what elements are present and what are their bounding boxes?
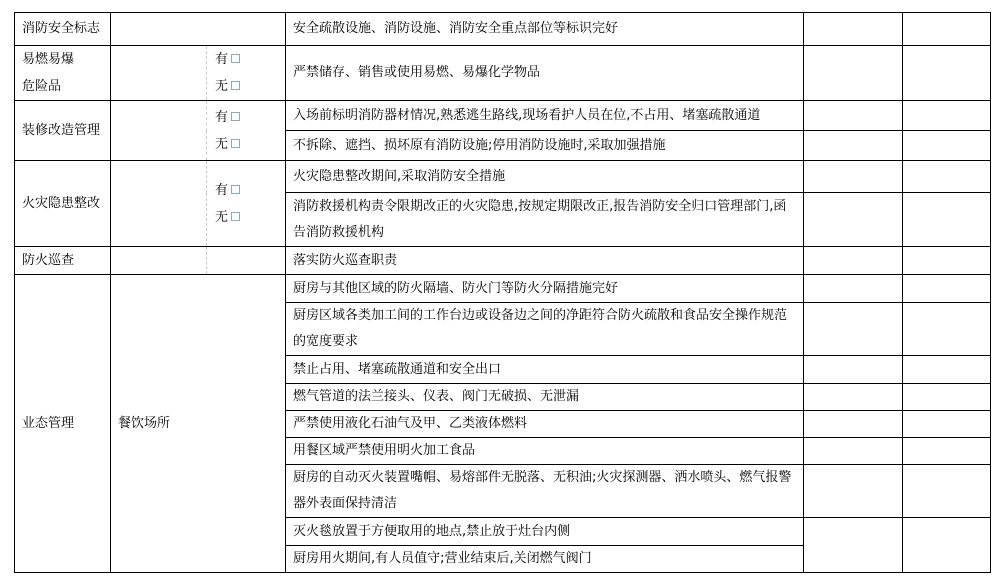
- none-label: 无: [215, 79, 228, 94]
- remark-cell: [903, 161, 991, 193]
- checkbox-cell: 有 无: [207, 46, 286, 101]
- checkbox-cell: [207, 247, 286, 275]
- description-cell: 消防救援机构责令限期改正的火灾隐患,按规定期限改正,报告消防安全归口管理部门,函…: [286, 193, 804, 247]
- remark-cell: [903, 518, 991, 573]
- category-cell: 易燃易爆 危险品: [15, 46, 111, 101]
- result-cell: [804, 247, 903, 275]
- remark-cell: [903, 13, 991, 46]
- have-checkbox[interactable]: [231, 112, 240, 121]
- category-cell: 业态管理: [15, 275, 111, 573]
- description-cell: 严禁使用液化石油气及甲、乙类液体燃料: [286, 411, 804, 438]
- result-cell: [804, 411, 903, 438]
- category-cell: 装修改造管理: [15, 101, 111, 161]
- result-cell: [804, 101, 903, 131]
- category-cell: 火灾隐患整改: [15, 161, 111, 247]
- result-cell: [804, 193, 903, 247]
- remark-cell: [903, 193, 991, 247]
- result-cell: [804, 13, 903, 46]
- result-cell: [804, 275, 903, 303]
- subcategory-cell: [111, 247, 207, 275]
- remark-cell: [903, 384, 991, 411]
- remark-cell: [903, 101, 991, 131]
- remark-cell: [903, 247, 991, 275]
- remark-cell: [903, 438, 991, 465]
- description-cell: 入场前标明消防器材情况,熟悉逃生路线,现场看护人员在位,不占用、堵塞疏散通道: [286, 101, 804, 131]
- subcategory-cell: [111, 161, 207, 247]
- remark-cell: [903, 356, 991, 384]
- none-label: 无: [215, 137, 228, 152]
- none-option: 无: [215, 73, 279, 100]
- result-cell: [804, 518, 903, 573]
- have-label: 有: [215, 110, 228, 125]
- fire-safety-checklist-table: 消防安全标志 安全疏散设施、消防设施、消防安全重点部位等标识完好 易燃易爆 危险…: [14, 12, 991, 573]
- description-cell: 火灾隐患整改期间,采取消防安全措施: [286, 161, 804, 193]
- description-cell: 厨房与其他区域的防火隔墙、防火门等防火分隔措施完好: [286, 275, 804, 303]
- category-cell: 防火巡查: [15, 247, 111, 275]
- category-cell: 消防安全标志: [15, 13, 111, 46]
- none-label: 无: [215, 210, 228, 225]
- have-option: 有: [215, 177, 279, 204]
- none-checkbox[interactable]: [231, 139, 240, 148]
- result-cell: [804, 356, 903, 384]
- have-label: 有: [215, 52, 228, 67]
- none-checkbox[interactable]: [231, 212, 240, 221]
- result-cell: [804, 384, 903, 411]
- checkbox-cell: 有 无: [207, 101, 286, 161]
- none-checkbox[interactable]: [231, 81, 240, 90]
- description-cell: 厨房的自动灭火装置嘴帽、易熔部件无脱落、无积油;火灾探测器、洒水喷头、燃气报警器…: [286, 465, 804, 518]
- remark-cell: [903, 465, 991, 518]
- description-cell: 禁止占用、堵塞疏散通道和安全出口: [286, 356, 804, 384]
- description-cell: 燃气管道的法兰接头、仪表、阀门无破损、无泄漏: [286, 384, 804, 411]
- remark-cell: [903, 303, 991, 356]
- have-option: 有: [215, 46, 279, 73]
- subcategory-cell: [111, 101, 207, 161]
- description-cell: 落实防火巡查职责: [286, 247, 804, 275]
- have-label: 有: [215, 183, 228, 198]
- description-cell: 灭火毯放置于方便取用的地点,禁止放于灶台内侧: [286, 518, 804, 546]
- none-option: 无: [215, 204, 279, 231]
- checkbox-cell: 有 无: [207, 161, 286, 247]
- result-cell: [804, 465, 903, 518]
- result-cell: [804, 161, 903, 193]
- have-checkbox[interactable]: [231, 54, 240, 63]
- subcategory-cell: [111, 13, 286, 46]
- description-cell: 厨房用火期间,有人员值守;营业结束后,关闭燃气阀门: [286, 546, 804, 573]
- description-cell: 不拆除、遮挡、损坏原有消防设施;停用消防设施时,采取加强措施: [286, 131, 804, 161]
- result-cell: [804, 303, 903, 356]
- result-cell: [804, 46, 903, 101]
- none-option: 无: [215, 131, 279, 158]
- remark-cell: [903, 411, 991, 438]
- remark-cell: [903, 131, 991, 161]
- result-cell: [804, 131, 903, 161]
- description-cell: 厨房区域各类加工间的工作台边或设备边之间的净距符合防火疏散和食品安全操作规范的宽…: [286, 303, 804, 356]
- result-cell: [804, 438, 903, 465]
- subcategory-cell: [111, 46, 207, 101]
- description-cell: 安全疏散设施、消防设施、消防安全重点部位等标识完好: [286, 13, 804, 46]
- subcategory-cell: 餐饮场所: [111, 275, 286, 573]
- description-cell: 用餐区域严禁使用明火加工食品: [286, 438, 804, 465]
- description-cell: 严禁储存、销售或使用易燃、易爆化学物品: [286, 46, 804, 101]
- remark-cell: [903, 275, 991, 303]
- have-checkbox[interactable]: [231, 185, 240, 194]
- remark-cell: [903, 46, 991, 101]
- have-option: 有: [215, 104, 279, 131]
